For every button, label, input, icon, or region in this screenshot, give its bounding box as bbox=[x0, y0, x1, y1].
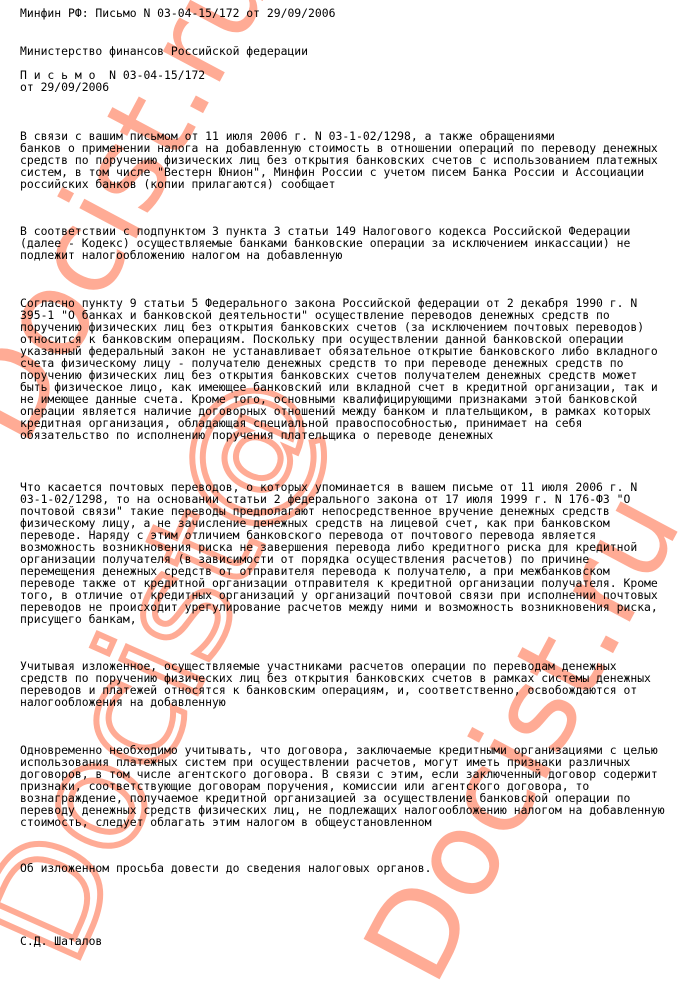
issuer: Министерство финансов Российской федерац… bbox=[20, 45, 308, 57]
paragraph-4: Что касается почтовых переводов, о котор… bbox=[20, 481, 658, 625]
paragraph-5: Учитывая изложенное, осуществляемые учас… bbox=[20, 660, 651, 708]
closing-request: Об изложенном просьба довести до сведени… bbox=[20, 862, 431, 874]
paragraph-2: В соответствии с подпунктом 3 пункта 3 с… bbox=[20, 225, 630, 261]
document: Минфин РФ: Письмо N 03-04-15/172 от 29/0… bbox=[0, 0, 700, 1000]
paragraph-3: Согласно пункту 9 статьи 5 Федерального … bbox=[20, 297, 658, 441]
signature: С.Д. Шаталов bbox=[20, 935, 102, 947]
doc-date-line: от 29/09/2006 bbox=[20, 81, 109, 93]
document-title-line: Минфин РФ: Письмо N 03-04-15/172 от 29/0… bbox=[20, 7, 335, 19]
paragraph-1: В связи с вашим письмом от 11 июля 2006 … bbox=[20, 130, 658, 190]
paragraph-6: Одновременно необходимо учитывать, что д… bbox=[20, 744, 665, 828]
